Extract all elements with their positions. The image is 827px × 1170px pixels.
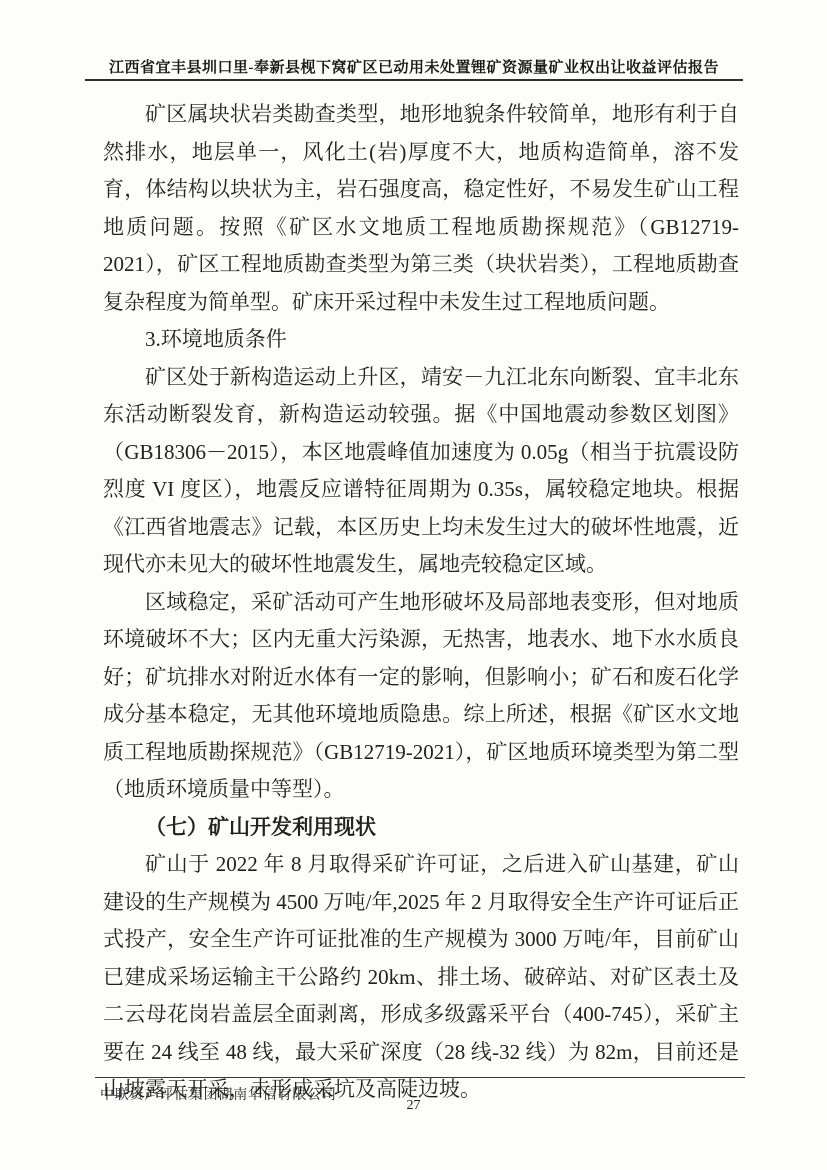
heading-environmental-geology: 3.环境地质条件 bbox=[103, 321, 739, 359]
paragraph-mine-production: 矿山于 2022 年 8 月取得采矿许可证，之后进入矿山基建，矿山建设的生产规模… bbox=[103, 846, 739, 1109]
heading-mine-development-status: （七）矿山开发利用现状 bbox=[103, 809, 739, 847]
report-page: 江西省宜丰县圳口里-奉新县枧下窝矿区已动用未处置锂矿资源量矿业权出让收益评估报告… bbox=[0, 0, 827, 1170]
page-number: 27 bbox=[0, 1098, 827, 1114]
footer-divider bbox=[95, 1077, 745, 1078]
page-header-title: 江西省宜丰县圳口里-奉新县枧下窝矿区已动用未处置锂矿资源量矿业权出让收益评估报告 bbox=[85, 56, 743, 77]
paragraph-seismic-conditions: 矿区处于新构造运动上升区，靖安－九江北东向断裂、宜丰北东东活动断裂发育，新构造运… bbox=[103, 359, 739, 584]
paragraph-regional-stability: 区域稳定，采矿活动可产生地形破坏及局部地表变形，但对地质环境破坏不大；区内无重大… bbox=[103, 584, 739, 809]
paragraph-engineering-geology: 矿区属块状岩类勘查类型，地形地貌条件较简单，地形有利于自然排水，地层单一，风化土… bbox=[103, 96, 739, 321]
document-body: 矿区属块状岩类勘查类型，地形地貌条件较简单，地形有利于自然排水，地层单一，风化土… bbox=[103, 96, 739, 1109]
header-divider bbox=[85, 79, 743, 81]
